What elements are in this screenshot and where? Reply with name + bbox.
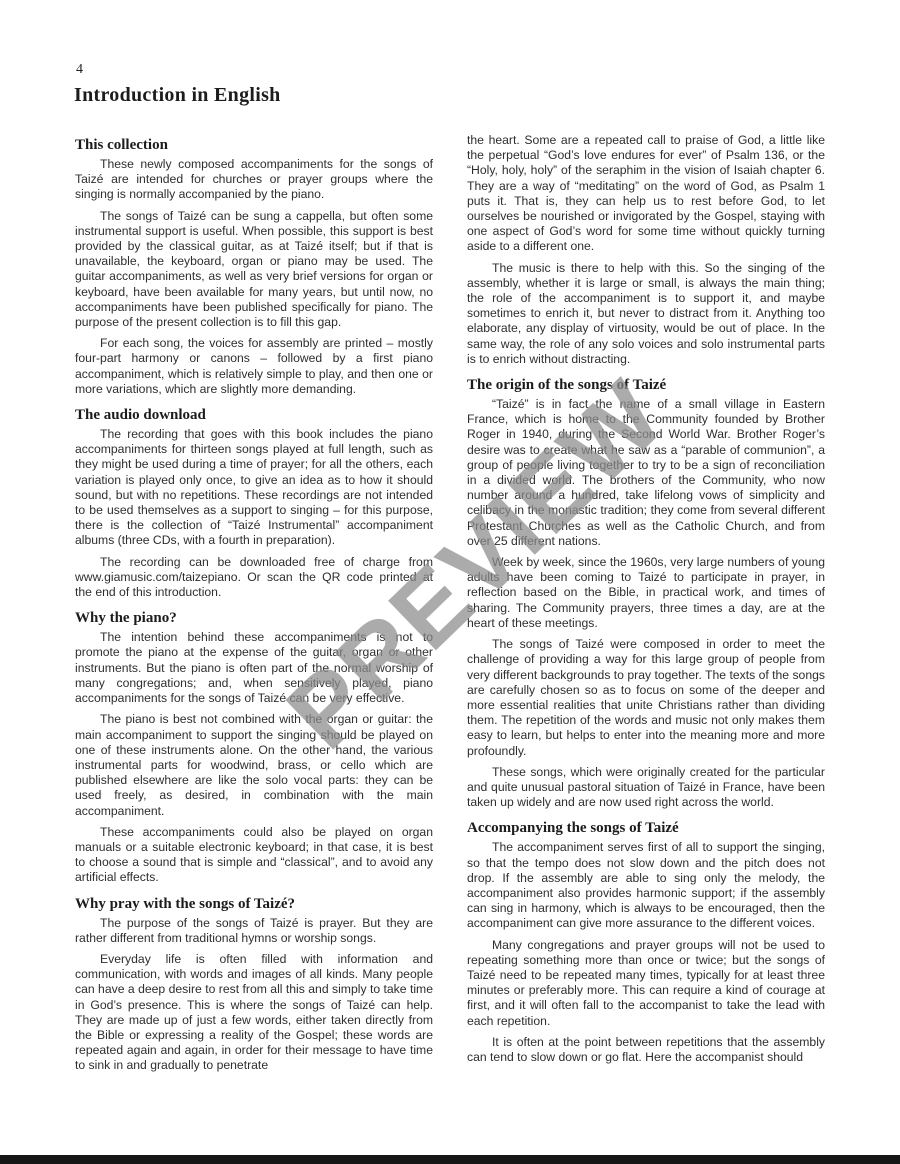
paragraph: Week by week, since the 1960s, very larg… — [467, 555, 825, 631]
paragraph: These accompaniments could also be playe… — [75, 825, 433, 886]
paragraph: Everyday life is often filled with infor… — [75, 952, 433, 1074]
page-title: Introduction in English — [74, 84, 281, 107]
paragraph: The piano is best not combined with the … — [75, 712, 433, 818]
page-number: 4 — [76, 62, 83, 78]
paragraph: The recording that goes with this book i… — [75, 427, 433, 549]
page-bottom-edge-bar — [0, 1155, 900, 1164]
paragraph: The music is there to help with this. So… — [467, 261, 825, 367]
section-heading-why-the-piano: Why the piano? — [75, 609, 433, 627]
paragraph: These songs, which were originally creat… — [467, 765, 825, 811]
paragraph: “Taizé” is in fact the name of a small v… — [467, 397, 825, 549]
paragraph: The recording can be downloaded free of … — [75, 555, 433, 601]
paragraph: Many congregations and prayer groups wil… — [467, 938, 825, 1029]
paragraph: These newly composed accompaniments for … — [75, 157, 433, 203]
section-heading-origin-of-songs: The origin of the songs of Taizé — [467, 376, 825, 394]
paragraph: The songs of Taizé can be sung a cappell… — [75, 209, 433, 331]
right-column: the heart. Some are a repeated call to p… — [467, 133, 825, 1065]
section-heading-this-collection: This collection — [75, 136, 433, 154]
paragraph: It is often at the point between repetit… — [467, 1035, 825, 1065]
paragraph: The songs of Taizé were composed in orde… — [467, 637, 825, 759]
paragraph: For each song, the voices for assembly a… — [75, 336, 433, 397]
left-column: This collection These newly composed acc… — [75, 136, 433, 1074]
section-heading-why-pray: Why pray with the songs of Taizé? — [75, 895, 433, 913]
section-heading-accompanying-songs: Accompanying the songs of Taizé — [467, 819, 825, 837]
paragraph: The accompaniment serves first of all to… — [467, 840, 825, 931]
paragraph: The purpose of the songs of Taizé is pra… — [75, 916, 433, 946]
section-heading-audio-download: The audio download — [75, 406, 433, 424]
paragraph: The intention behind these accompaniment… — [75, 630, 433, 706]
book-page: 4 Introduction in English This collectio… — [0, 0, 900, 1164]
paragraph: the heart. Some are a repeated call to p… — [467, 133, 825, 255]
